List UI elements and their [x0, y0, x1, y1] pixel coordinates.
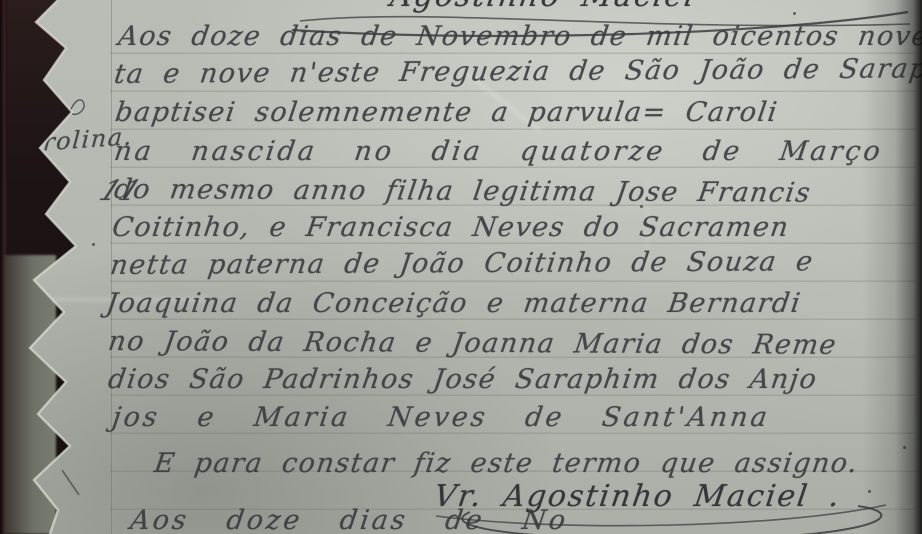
record-page: Agostinho Maciel Aos doze dias de Novemb…	[0, 0, 922, 534]
record-line: no João da Rocha e Joanna Maria dos Reme	[106, 325, 839, 363]
page-gutter-shadow	[862, 0, 922, 534]
previous-signature-partial: Agostinho Maciel	[388, 0, 698, 14]
next-record-partial: Aos doze dias de No	[128, 504, 570, 534]
document-scan: Agostinho Maciel Aos doze dias de Novemb…	[0, 0, 922, 534]
record-line: ta e nove n'este Freguezia de São João d…	[112, 52, 922, 92]
record-line: Joaquina da Conceição e materna Bernardi	[104, 287, 803, 321]
record-line: baptisei solemnemente a parvula= Caroli	[113, 96, 780, 130]
record-closing-line: E para constar fiz este termo que assign…	[152, 447, 861, 481]
record-line: jos e Maria Neves de Sant'Anna	[110, 401, 772, 435]
record-line: netta paterna de João Coitinho de Souza …	[108, 245, 816, 283]
ink-speck	[640, 205, 643, 208]
record-line: Coitinho, e Francisca Neves do Sacramen	[110, 211, 792, 245]
ink-speck	[92, 243, 95, 246]
record-line: do mesmo anno filha legitima Jose Franci…	[112, 173, 814, 211]
record-line: dios São Padrinhos José Saraphim dos Anj…	[106, 363, 820, 397]
ink-speck	[793, 12, 796, 15]
record-line: Aos doze dias de Novembro de mil oicento…	[116, 20, 922, 54]
record-line: na nascida no dia quatorze de Março	[112, 135, 885, 169]
